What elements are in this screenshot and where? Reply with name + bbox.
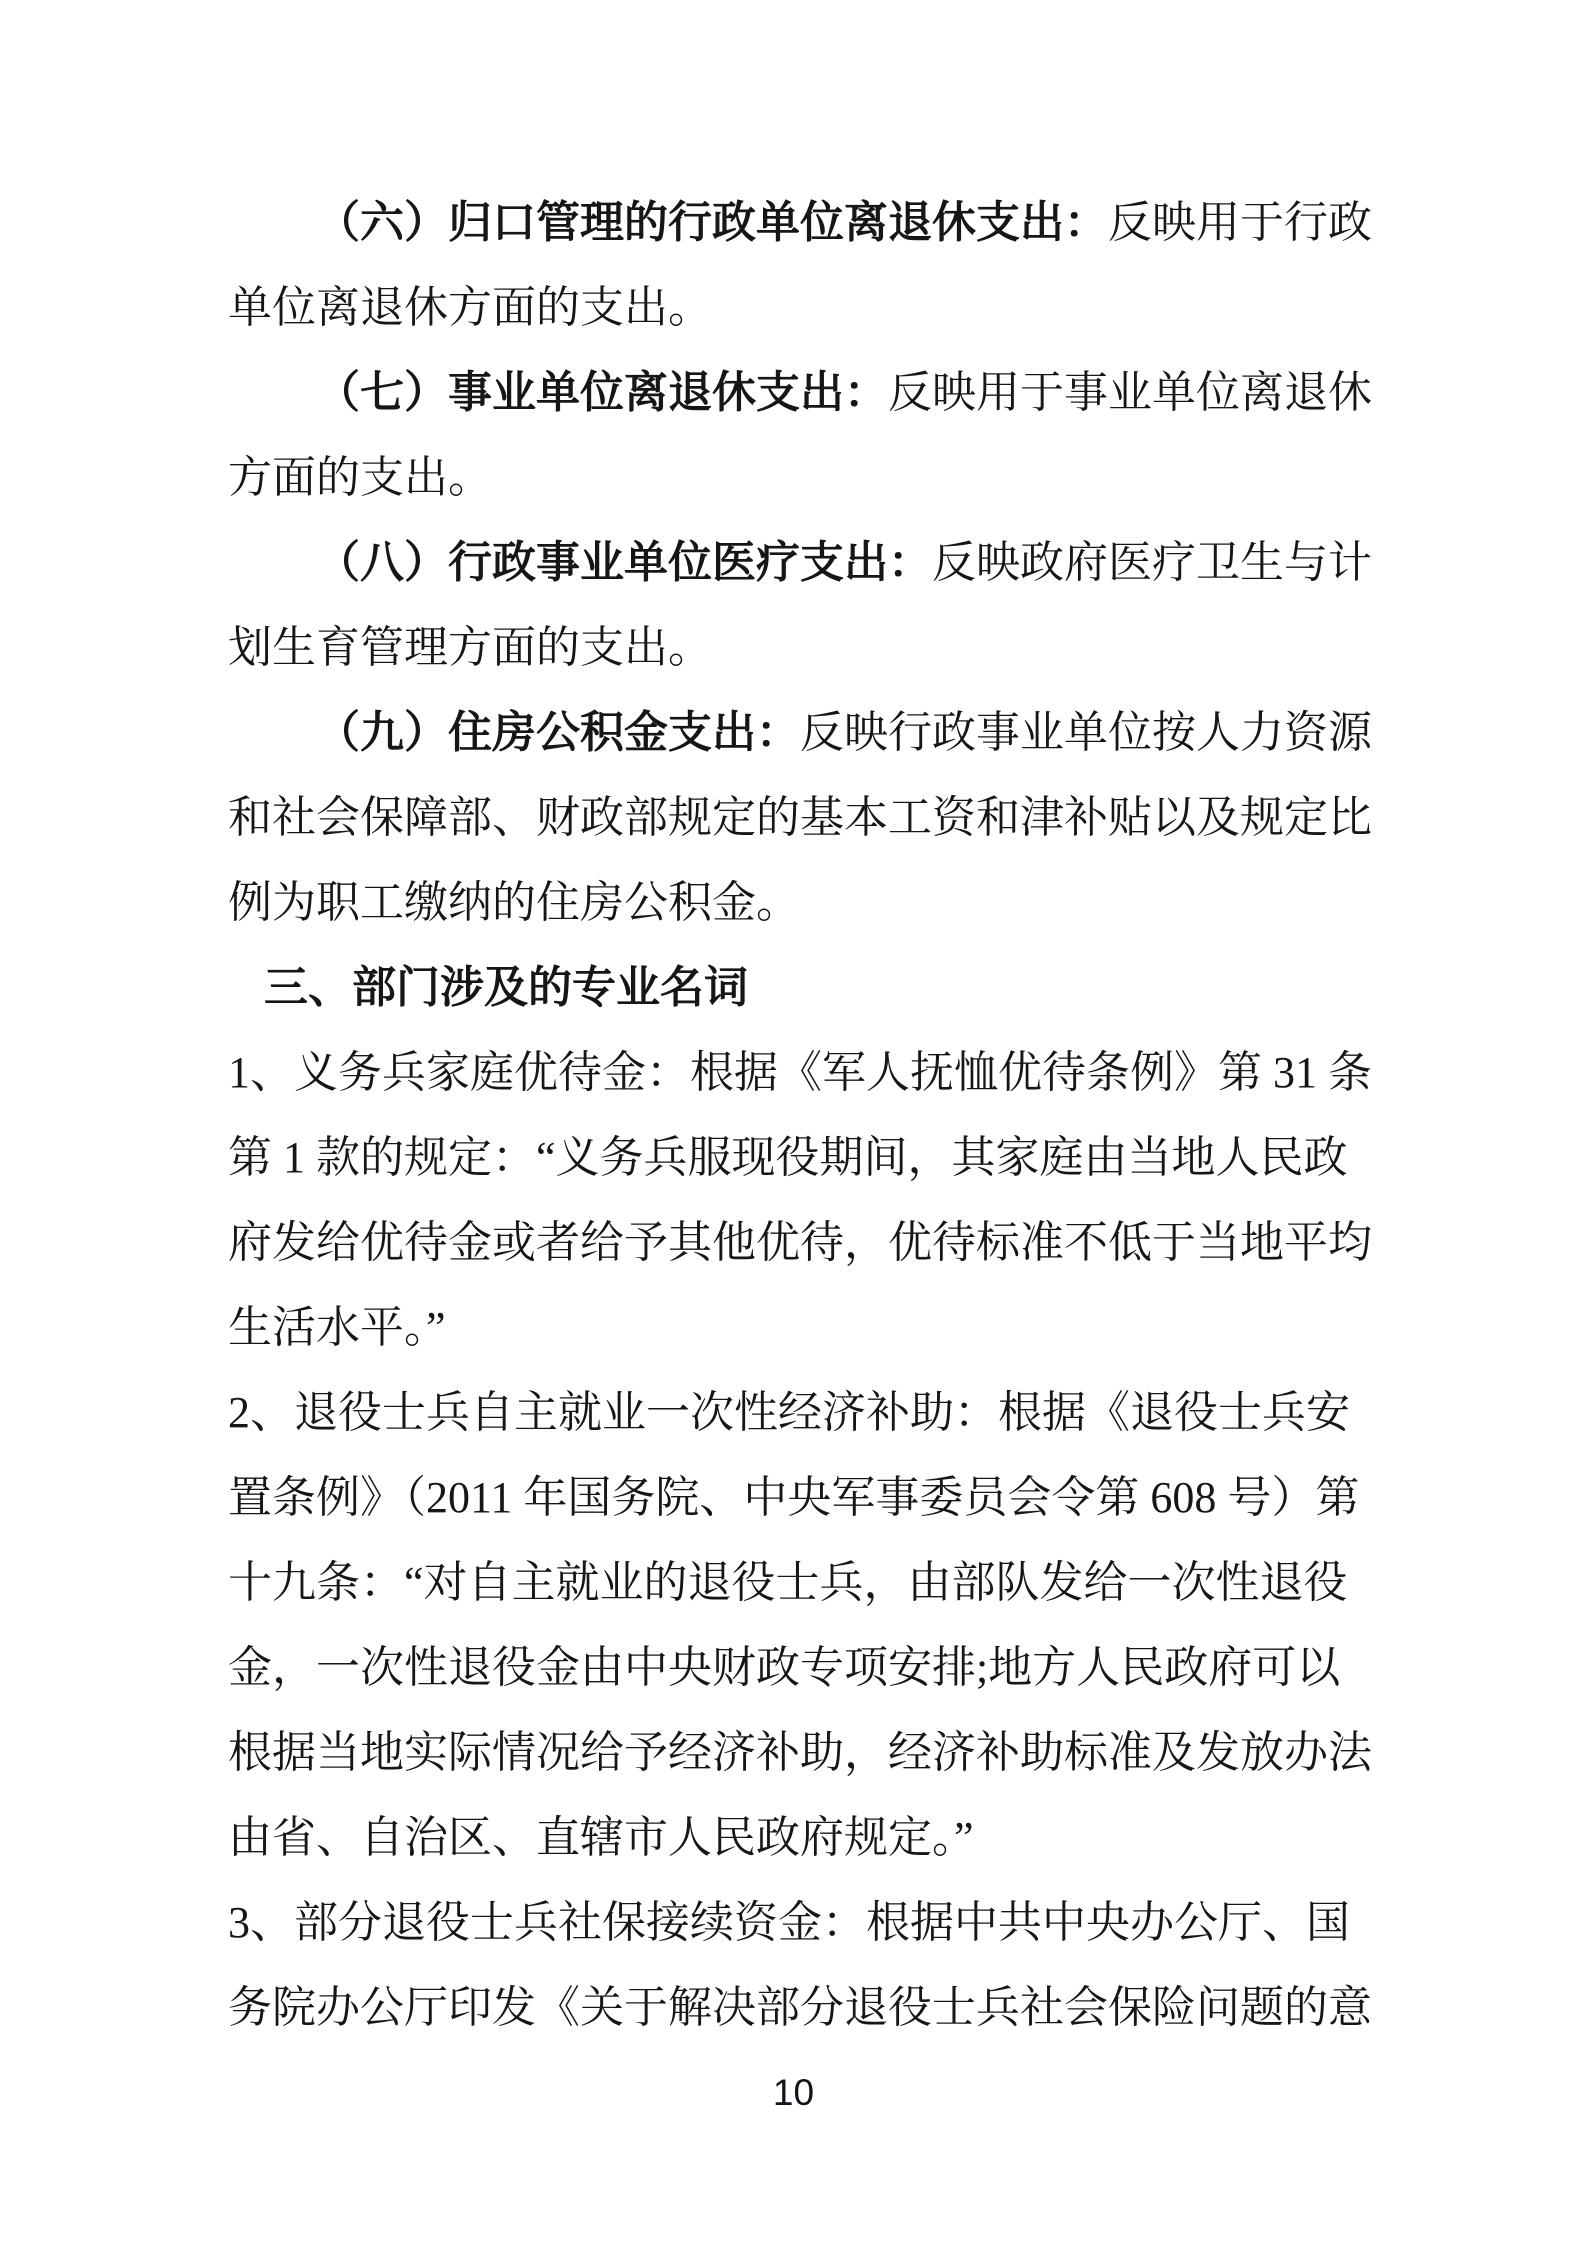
paragraph-line: （六）归口管理的行政单位离退休支出：反映用于行政 <box>228 180 1420 265</box>
paragraph-line: 根据当地实际情况给予经济补助，经济补助标准及发放办法 <box>228 1710 1420 1795</box>
paragraph-line: 置条例》（2011 年国务院、中央军事委员会令第 608 号）第 <box>228 1455 1420 1540</box>
paragraph-line: 2、退役士兵自主就业一次性经济补助：根据《退役士兵安 <box>228 1370 1420 1455</box>
paragraph-line: 单位离退休方面的支出。 <box>228 265 1420 350</box>
paragraph-body-text: 例为职工缴纳的住房公积金。 <box>228 878 800 927</box>
paragraph-body-text: 反映用于事业单位离退休 <box>888 368 1372 417</box>
paragraph-body-text: 反映行政事业单位按人力资源 <box>800 708 1372 757</box>
paragraph-body-text: 府发给优待金或者给予其他优待，优待标准不低于当地平均 <box>228 1218 1372 1267</box>
paragraph-line: 金，一次性退役金由中央财政专项安排;地方人民政府可以 <box>228 1625 1420 1710</box>
paragraph-line: 生活水平。” <box>228 1285 1420 1370</box>
paragraph-line: 和社会保障部、财政部规定的基本工资和津补贴以及规定比 <box>228 775 1420 860</box>
page-number: 10 <box>0 2072 1587 2114</box>
paragraph-body-text: 1、义务兵家庭优待金：根据《军人抚恤优待条例》第 31 条 <box>228 1048 1372 1097</box>
paragraph-line: 府发给优待金或者给予其他优待，优待标准不低于当地平均 <box>228 1200 1420 1285</box>
paragraph-body-text: 单位离退休方面的支出。 <box>228 283 712 332</box>
section-heading: 三、部门涉及的专业名词 <box>228 945 1420 1030</box>
paragraph-line: 十九条：“对自主就业的退役士兵，由部队发给一次性退役 <box>228 1540 1420 1625</box>
paragraph-body-text: 十九条：“对自主就业的退役士兵，由部队发给一次性退役 <box>228 1558 1348 1607</box>
paragraph-heading-text: （八）行政事业单位医疗支出： <box>316 538 932 587</box>
paragraph-line: 划生育管理方面的支出。 <box>228 605 1420 690</box>
paragraph-line: 务院办公厅印发《关于解决部分退役士兵社会保险问题的意 <box>228 1965 1420 2050</box>
paragraph-heading-text: （六）归口管理的行政单位离退休支出： <box>316 198 1108 247</box>
paragraph-body-text: 金，一次性退役金由中央财政专项安排;地方人民政府可以 <box>228 1643 1340 1692</box>
paragraph-body-text: 生活水平。” <box>228 1303 446 1352</box>
paragraph-heading-text: （九）住房公积金支出： <box>316 708 800 757</box>
paragraph-line: 1、义务兵家庭优待金：根据《军人抚恤优待条例》第 31 条 <box>228 1030 1420 1115</box>
paragraph-heading-text: （七）事业单位离退休支出： <box>316 368 888 417</box>
paragraph-body-text: 反映用于行政 <box>1108 198 1372 247</box>
paragraph-body-text: 反映政府医疗卫生与计 <box>932 538 1372 587</box>
paragraph-body-text: 第 1 款的规定：“义务兵服现役期间，其家庭由当地人民政 <box>228 1133 1348 1182</box>
paragraph-line: 例为职工缴纳的住房公积金。 <box>228 860 1420 945</box>
paragraph-body-text: 根据当地实际情况给予经济补助，经济补助标准及发放办法 <box>228 1728 1372 1777</box>
paragraph-body-text: 务院办公厅印发《关于解决部分退役士兵社会保险问题的意 <box>228 1983 1372 2032</box>
paragraph-body-text: 由省、自治区、直辖市人民政府规定。” <box>228 1813 974 1862</box>
paragraph-body-text: 置条例》（2011 年国务院、中央军事委员会令第 608 号）第 <box>228 1473 1359 1522</box>
paragraph-body-text: 3、部分退役士兵社保接续资金：根据中共中央办公厅、国 <box>228 1898 1350 1947</box>
paragraph-line: 由省、自治区、直辖市人民政府规定。” <box>228 1795 1420 1880</box>
paragraph-body-text: 2、退役士兵自主就业一次性经济补助：根据《退役士兵安 <box>228 1388 1350 1437</box>
paragraph-line: 方面的支出。 <box>228 435 1420 520</box>
paragraph-line: 第 1 款的规定：“义务兵服现役期间，其家庭由当地人民政 <box>228 1115 1420 1200</box>
paragraph-line: （九）住房公积金支出：反映行政事业单位按人力资源 <box>228 690 1420 775</box>
paragraph-line: （七）事业单位离退休支出：反映用于事业单位离退休 <box>228 350 1420 435</box>
paragraph-body-text: 和社会保障部、财政部规定的基本工资和津补贴以及规定比 <box>228 793 1372 842</box>
document-page: （六）归口管理的行政单位离退休支出：反映用于行政 单位离退休方面的支出。 （七）… <box>0 0 1587 2245</box>
section-heading-text: 三、部门涉及的专业名词 <box>264 963 748 1012</box>
paragraph-line: （八）行政事业单位医疗支出：反映政府医疗卫生与计 <box>228 520 1420 605</box>
paragraph-line: 3、部分退役士兵社保接续资金：根据中共中央办公厅、国 <box>228 1880 1420 1965</box>
paragraph-body-text: 方面的支出。 <box>228 453 492 502</box>
paragraph-body-text: 划生育管理方面的支出。 <box>228 623 712 672</box>
document-body-text: （六）归口管理的行政单位离退休支出：反映用于行政 单位离退休方面的支出。 （七）… <box>228 180 1420 2050</box>
